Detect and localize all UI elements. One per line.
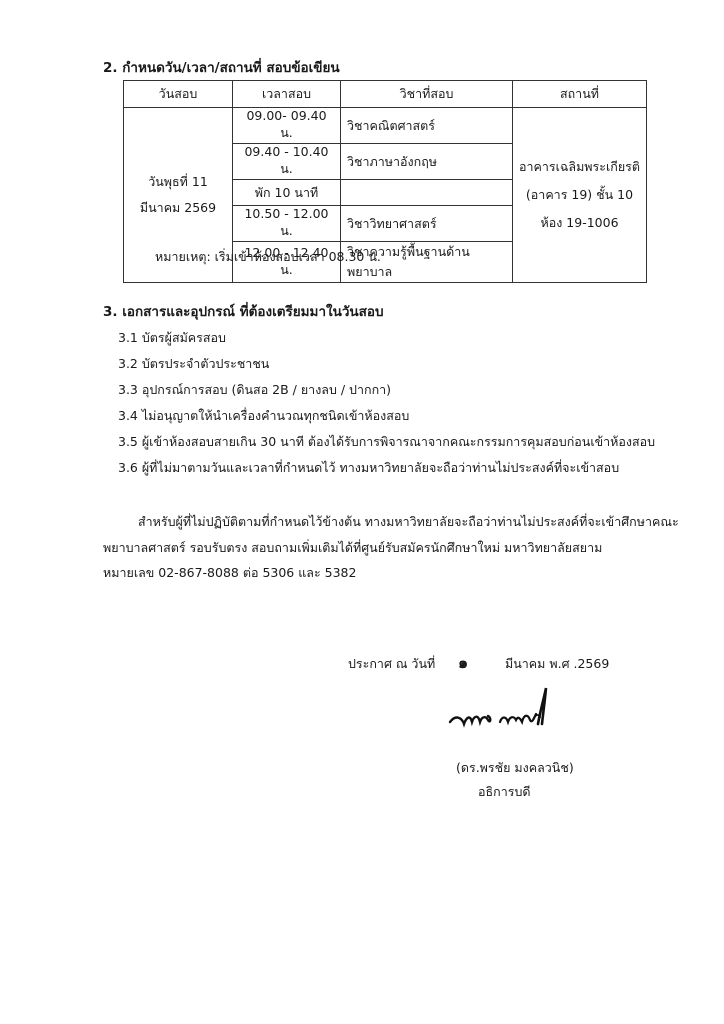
subject-cell — [341, 180, 513, 206]
place-line2: (อาคาร 19) ชั้น 10 — [519, 181, 640, 209]
time-cell: พัก 10 นาที — [233, 180, 341, 206]
subject-cell: วิชาภาษาอังกฤษ — [341, 144, 513, 180]
exam-place-cell: อาคารเฉลิมพระเกียรติ (อาคาร 19) ชั้น 10 … — [513, 108, 647, 283]
list-item: 3.5 ผู้เข้าห้องสอบสายเกิน 30 นาที ต้องได… — [118, 432, 655, 452]
paragraph-line3: หมายเลข 02-867-8088 ต่อ 5306 และ 5382 — [103, 563, 356, 583]
exam-day-line1: วันพุธที่ 11 — [130, 169, 226, 195]
subject-cell: วิชาวิทยาศาสตร์ — [341, 206, 513, 242]
announcement-day: ๑ — [458, 651, 468, 676]
time-cell: 09.40 - 10.40 น. — [233, 144, 341, 180]
signature-icon — [448, 684, 558, 734]
exam-day-line2: มีนาคม 2569 — [130, 195, 226, 221]
time-cell: 10.50 - 12.00 น. — [233, 206, 341, 242]
paragraph-line1: สำหรับผู้ที่ไม่ปฏิบัติตามที่กำหนดไว้ข้าง… — [138, 512, 679, 532]
section3-heading: 3. เอกสารและอุปกรณ์ ที่ต้องเตรียมมาในวัน… — [103, 300, 384, 322]
signatory-name: (ดร.พรชัย มงคลวนิช) — [456, 758, 574, 778]
signatory-title: อธิการบดี — [478, 782, 531, 802]
list-item: 3.4 ไม่อนุญาตให้นำเครื่องคำนวณทุกชนิดเข้… — [118, 406, 409, 426]
paragraph-line2: พยาบาลศาสตร์ รอบรับตรง สอบถามเพิ่มเติมได… — [103, 538, 602, 558]
subject-cell: วิชาคณิตศาสตร์ — [341, 108, 513, 144]
header-time: เวลาสอบ — [233, 81, 341, 108]
list-item: 3.2 บัตรประจำตัวประชาชน — [118, 354, 269, 374]
time-cell: 09.00- 09.40 น. — [233, 108, 341, 144]
section2-heading: 2. กำหนดวัน/เวลา/สถานที่ สอบข้อเขียน — [103, 56, 340, 78]
header-place: สถานที่ — [513, 81, 647, 108]
place-line1: อาคารเฉลิมพระเกียรติ — [519, 153, 640, 181]
table-row: วันพุธที่ 11 มีนาคม 2569 09.00- 09.40 น.… — [124, 108, 647, 144]
list-item: 3.3 อุปกรณ์การสอบ (ดินสอ 2B / ยางลบ / ปา… — [118, 380, 391, 400]
announcement-month-year: มีนาคม พ.ศ .2569 — [505, 654, 609, 674]
header-subject: วิชาที่สอบ — [341, 81, 513, 108]
exam-note: หมายเหตุ: เริ่มเข้าห้องสอบเวลา 08.30 น. — [155, 247, 381, 267]
header-day: วันสอบ — [124, 81, 233, 108]
list-item: 3.1 บัตรผู้สมัครสอบ — [118, 328, 226, 348]
list-item: 3.6 ผู้ที่ไม่มาตามวันและเวลาที่กำหนดไว้ … — [118, 458, 619, 478]
table-header-row: วันสอบ เวลาสอบ วิชาที่สอบ สถานที่ — [124, 81, 647, 108]
announcement-prefix: ประกาศ ณ วันที่ — [348, 654, 435, 674]
place-line3: ห้อง 19-1006 — [519, 209, 640, 237]
